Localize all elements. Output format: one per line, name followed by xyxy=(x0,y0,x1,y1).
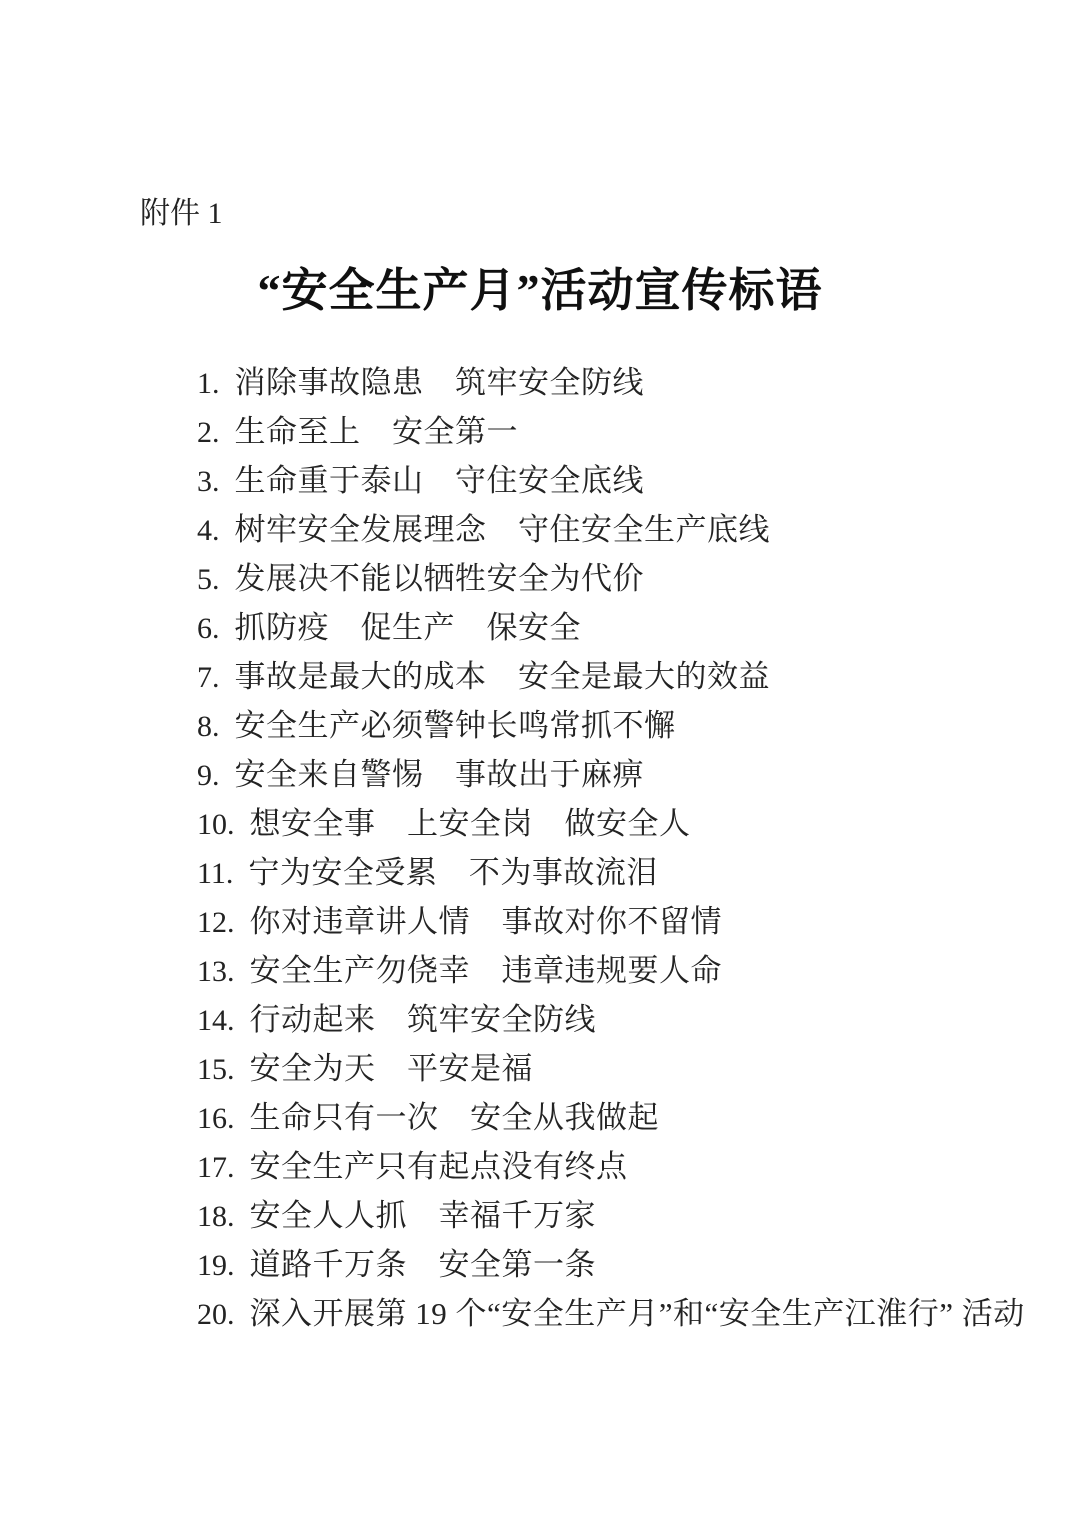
slogan-item: 20.深入开展第 19 个“安全生产月”和“安全生产江淮行” 活动 xyxy=(197,1289,1025,1338)
slogan-item: 12.你对违章讲人情 事故对你不留情 xyxy=(197,897,1025,946)
slogan-text: 安全来自警惕 事故出于麻痹 xyxy=(235,757,645,792)
slogan-number: 15. xyxy=(197,1045,235,1094)
slogan-number: 6. xyxy=(197,604,220,653)
slogan-number: 9. xyxy=(197,751,220,800)
slogan-number: 4. xyxy=(197,506,220,555)
slogan-text: 事故是最大的成本 安全是最大的效益 xyxy=(235,659,771,694)
slogan-item: 19.道路千万条 安全第一条 xyxy=(197,1240,1025,1289)
slogan-text: 想安全事 上安全岗 做安全人 xyxy=(250,806,691,841)
slogan-number: 7. xyxy=(197,653,220,702)
document-page: 附件 1 “安全生产月”活动宣传标语 1.消除事故隐患 筑牢安全防线2.生命至上… xyxy=(0,0,1080,1527)
slogan-number: 11. xyxy=(197,849,233,898)
slogan-text: 抓防疫 促生产 保安全 xyxy=(235,610,582,645)
slogan-item: 18.安全人人抓 幸福千万家 xyxy=(197,1191,1025,1240)
slogan-item: 8.安全生产必须警钟长鸣常抓不懈 xyxy=(197,701,1025,750)
slogan-number: 3. xyxy=(197,457,220,506)
slogan-item: 3.生命重于泰山 守住安全底线 xyxy=(197,456,1025,505)
slogan-list: 1.消除事故隐患 筑牢安全防线2.生命至上 安全第一3.生命重于泰山 守住安全底… xyxy=(197,358,1025,1338)
slogan-item: 1.消除事故隐患 筑牢安全防线 xyxy=(197,358,1025,407)
slogan-text: 宁为安全受累 不为事故流泪 xyxy=(248,855,658,890)
slogan-number: 1. xyxy=(197,359,220,408)
slogan-item: 11.宁为安全受累 不为事故流泪 xyxy=(197,848,1025,897)
document-title: “安全生产月”活动宣传标语 xyxy=(0,262,1080,320)
slogan-item: 6.抓防疫 促生产 保安全 xyxy=(197,603,1025,652)
slogan-text: 安全为天 平安是福 xyxy=(250,1051,534,1086)
slogan-text: 生命重于泰山 守住安全底线 xyxy=(235,463,645,498)
slogan-text: 发展决不能以牺牲安全为代价 xyxy=(235,561,645,596)
slogan-number: 19. xyxy=(197,1241,235,1290)
slogan-number: 20. xyxy=(197,1290,235,1339)
slogan-number: 18. xyxy=(197,1192,235,1241)
slogan-number: 2. xyxy=(197,408,220,457)
slogan-text: 安全生产勿侥幸 违章违规要人命 xyxy=(250,953,723,988)
slogan-item: 10.想安全事 上安全岗 做安全人 xyxy=(197,799,1025,848)
slogan-text: 道路千万条 安全第一条 xyxy=(250,1247,597,1282)
slogan-item: 5.发展决不能以牺牲安全为代价 xyxy=(197,554,1025,603)
slogan-text: 深入开展第 19 个“安全生产月”和“安全生产江淮行” 活动 xyxy=(250,1296,1025,1331)
slogan-item: 9.安全来自警惕 事故出于麻痹 xyxy=(197,750,1025,799)
slogan-item: 13.安全生产勿侥幸 违章违规要人命 xyxy=(197,946,1025,995)
slogan-item: 14.行动起来 筑牢安全防线 xyxy=(197,995,1025,1044)
slogan-number: 17. xyxy=(197,1143,235,1192)
slogan-text: 生命至上 安全第一 xyxy=(235,414,519,449)
attachment-label: 附件 1 xyxy=(140,195,223,233)
slogan-item: 2.生命至上 安全第一 xyxy=(197,407,1025,456)
slogan-number: 14. xyxy=(197,996,235,1045)
slogan-number: 12. xyxy=(197,898,235,947)
slogan-number: 8. xyxy=(197,702,220,751)
slogan-text: 生命只有一次 安全从我做起 xyxy=(250,1100,660,1135)
slogan-number: 10. xyxy=(197,800,235,849)
slogan-item: 16.生命只有一次 安全从我做起 xyxy=(197,1093,1025,1142)
slogan-item: 4.树牢安全发展理念 守住安全生产底线 xyxy=(197,505,1025,554)
slogan-item: 7.事故是最大的成本 安全是最大的效益 xyxy=(197,652,1025,701)
slogan-number: 16. xyxy=(197,1094,235,1143)
slogan-number: 5. xyxy=(197,555,220,604)
slogan-text: 行动起来 筑牢安全防线 xyxy=(250,1002,597,1037)
slogan-item: 17.安全生产只有起点没有终点 xyxy=(197,1142,1025,1191)
slogan-text: 安全人人抓 幸福千万家 xyxy=(250,1198,597,1233)
slogan-text: 你对违章讲人情 事故对你不留情 xyxy=(250,904,723,939)
slogan-text: 安全生产必须警钟长鸣常抓不懈 xyxy=(235,708,676,743)
slogan-text: 安全生产只有起点没有终点 xyxy=(250,1149,628,1184)
slogan-text: 消除事故隐患 筑牢安全防线 xyxy=(235,365,645,400)
slogan-text: 树牢安全发展理念 守住安全生产底线 xyxy=(235,512,771,547)
slogan-item: 15.安全为天 平安是福 xyxy=(197,1044,1025,1093)
slogan-number: 13. xyxy=(197,947,235,996)
